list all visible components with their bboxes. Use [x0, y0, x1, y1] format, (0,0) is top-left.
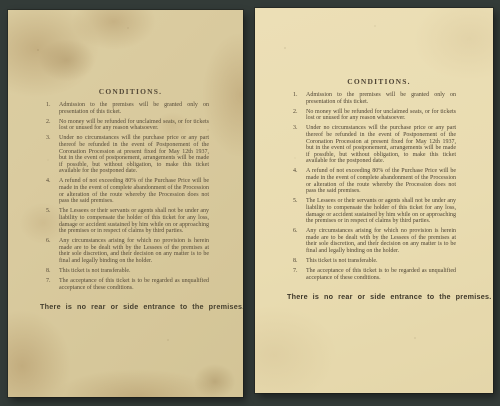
- condition-text: Admission to the premises will be grante…: [59, 102, 209, 115]
- condition-number: 7.: [46, 278, 51, 285]
- condition-number: 3.: [46, 135, 51, 142]
- ticket-left-content: CONDITIONS. 1.Admission to the premises …: [8, 10, 243, 311]
- condition-number: 8.: [293, 258, 298, 265]
- condition-item: 8.This ticket is not transferable.: [46, 268, 209, 275]
- ticket-back-left: CONDITIONS. 1.Admission to the premises …: [8, 10, 243, 397]
- condition-number: 2.: [293, 109, 298, 116]
- condition-item: 3.Under no circumstances will the purcha…: [293, 125, 456, 165]
- condition-item: 5.The Lessees or their servants or agent…: [46, 208, 209, 234]
- condition-number: 8.: [46, 268, 51, 275]
- ticket-right-content: CONDITIONS. 1.Admission to the premises …: [255, 8, 493, 301]
- condition-number: 6.: [293, 228, 298, 235]
- condition-text: This ticket is not transferable.: [59, 268, 209, 275]
- condition-number: 1.: [46, 102, 51, 109]
- condition-item: 7.The acceptance of this ticket is to be…: [46, 278, 209, 291]
- condition-text: Under no circumstances will the purchase…: [306, 125, 456, 165]
- no-rear-entrance-notice: There is no rear or side entrance to the…: [40, 302, 209, 311]
- condition-text: No money will be refunded for unclaimed …: [59, 119, 209, 132]
- condition-number: 4.: [293, 168, 298, 175]
- conditions-heading: CONDITIONS.: [52, 87, 209, 96]
- condition-text: The Lessees or their servants or agents …: [306, 198, 456, 224]
- condition-number: 2.: [46, 119, 51, 126]
- condition-item: 1.Admission to the premises will be gran…: [293, 92, 456, 105]
- condition-text: Under no circumstances will the purchase…: [59, 135, 209, 175]
- condition-text: A refund of not exceeding 80% of the Pur…: [306, 168, 456, 194]
- condition-number: 5.: [46, 208, 51, 215]
- conditions-list: 1.Admission to the premises will be gran…: [293, 92, 456, 281]
- no-rear-entrance-notice: There is no rear or side entrance to the…: [287, 292, 459, 301]
- condition-item: 2.No money will be refunded for unclaime…: [293, 109, 456, 122]
- condition-number: 1.: [293, 92, 298, 99]
- condition-text: Any circumstances arising for which no p…: [306, 228, 456, 254]
- condition-text: Any circumstances arising for which no p…: [59, 238, 209, 264]
- condition-item: 4.A refund of not exceeding 80% of the P…: [46, 178, 209, 204]
- condition-item: 6.Any circumstances arising for which no…: [293, 228, 456, 254]
- condition-item: 2.No money will be refunded for unclaime…: [46, 119, 209, 132]
- scan-background: CONDITIONS. 1.Admission to the premises …: [0, 0, 500, 406]
- condition-text: A refund of not exceeding 80% of the Pur…: [59, 178, 209, 204]
- condition-text: The acceptance of this ticket is to be r…: [306, 268, 456, 281]
- condition-item: 8.This ticket is not transferable.: [293, 258, 456, 265]
- condition-text: No money will be refunded for unclaimed …: [306, 109, 456, 122]
- condition-number: 5.: [293, 198, 298, 205]
- conditions-list: 1.Admission to the premises will be gran…: [46, 102, 209, 291]
- condition-number: 3.: [293, 125, 298, 132]
- condition-text: The acceptance of this ticket is to be r…: [59, 278, 209, 291]
- condition-text: Admission to the premises will be grante…: [306, 92, 456, 105]
- condition-number: 7.: [293, 268, 298, 275]
- ticket-back-right: CONDITIONS. 1.Admission to the premises …: [255, 8, 493, 393]
- condition-item: 5.The Lessees or their servants or agent…: [293, 198, 456, 224]
- condition-number: 4.: [46, 178, 51, 185]
- condition-text: This ticket is not transferable.: [306, 258, 456, 265]
- condition-item: 1.Admission to the premises will be gran…: [46, 102, 209, 115]
- condition-item: 6.Any circumstances arising for which no…: [46, 238, 209, 264]
- condition-item: 4.A refund of not exceeding 80% of the P…: [293, 168, 456, 194]
- condition-number: 6.: [46, 238, 51, 245]
- condition-item: 7.The acceptance of this ticket is to be…: [293, 268, 456, 281]
- condition-text: The Lessees or their servants or agents …: [59, 208, 209, 234]
- conditions-heading: CONDITIONS.: [299, 77, 459, 86]
- condition-item: 3.Under no circumstances will the purcha…: [46, 135, 209, 175]
